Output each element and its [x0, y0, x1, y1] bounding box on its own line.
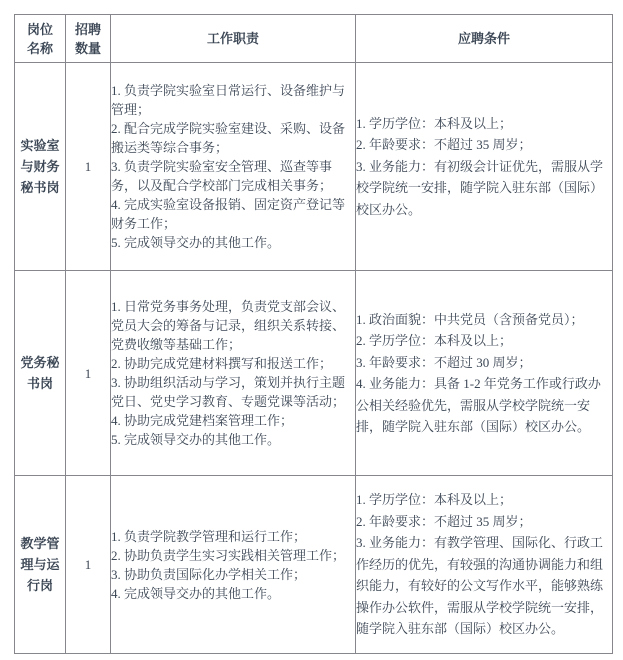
duty-item: 3. 负责学院实验室安全管理、巡查等事务，以及配合学校部门完成相关事务；: [111, 157, 355, 195]
duties-cell: 1. 负责学院教学管理和运行工作；2. 协助负责学生实习实践相关管理工作；3. …: [111, 476, 356, 654]
duty-item: 1. 负责学院实验室日常运行、设备维护与管理；: [111, 81, 355, 119]
duties-list: 1. 负责学院教学管理和运行工作；2. 协助负责学生实习实践相关管理工作；3. …: [111, 527, 355, 603]
position-name-cell: 实验室 与财务 秘书岗: [15, 63, 66, 271]
quantity-cell: 1: [66, 476, 111, 654]
col-header-position-name: 岗位 名称: [15, 15, 66, 63]
duty-item: 4. 完成领导交办的其他工作。: [111, 584, 355, 603]
conditions-cell: 1. 政治面貌：中共党员（含预备党员）；2. 学历学位：本科及以上；3. 年龄要…: [356, 271, 613, 476]
condition-item: 3. 业务能力：有初级会计证优先，需服从学校学院统一安排，随学院入驻东部（国际）…: [356, 156, 612, 221]
duty-item: 3. 协助组织活动与学习，策划并执行主题党日、党史学习教育、专题党课等活动； 4…: [111, 373, 355, 430]
quantity-cell: 1: [66, 271, 111, 476]
duties-cell: 1. 负责学院实验室日常运行、设备维护与管理；2. 配合完成学院实验室建设、采购…: [111, 63, 356, 271]
duty-item: 3. 协助负责国际化办学相关工作；: [111, 565, 355, 584]
condition-item: 3. 业务能力：有教学管理、国际化、行政工作经历的优先，有较强的沟通协调能力和组…: [356, 532, 612, 640]
condition-item: 2. 年龄要求：不超过 35 周岁；: [356, 511, 612, 533]
duty-item: 1. 负责学院教学管理和运行工作；: [111, 527, 355, 546]
duty-item: 5. 完成领导交办的其他工作。: [111, 233, 355, 252]
table-row-teaching-management-operation: 教学管 理与运 行岗 1 1. 负责学院教学管理和运行工作；2. 协助负责学生实…: [15, 476, 613, 654]
col-header-job-duties: 工作职责: [111, 15, 356, 63]
condition-item: 1. 政治面貌：中共党员（含预备党员）；: [356, 309, 612, 331]
col-header-application-conditions: 应聘条件: [356, 15, 613, 63]
condition-item: 4. 业务能力：具备 1-2 年党务工作或行政办公相关经验优先，需服从学校学院统…: [356, 373, 612, 438]
duty-item: 1. 日常党务事务处理，负责党支部会议、党员大会的筹备与记录，组织关系转接、党费…: [111, 297, 355, 354]
position-name-cell: 教学管 理与运 行岗: [15, 476, 66, 654]
recruitment-table: 岗位 名称 招聘 数量 工作职责 应聘条件 实验室 与财务 秘书岗 1 1. 负…: [14, 14, 613, 654]
conditions-list: 1. 政治面貌：中共党员（含预备党员）；2. 学历学位：本科及以上；3. 年龄要…: [356, 309, 612, 438]
quantity-cell: 1: [66, 63, 111, 271]
duties-list: 1. 负责学院实验室日常运行、设备维护与管理；2. 配合完成学院实验室建设、采购…: [111, 81, 355, 252]
duties-cell: 1. 日常党务事务处理，负责党支部会议、党员大会的筹备与记录，组织关系转接、党费…: [111, 271, 356, 476]
position-name-cell: 党务秘 书岗: [15, 271, 66, 476]
duty-item: 2. 配合完成学院实验室建设、采购、设备搬运类等综合事务；: [111, 119, 355, 157]
conditions-cell: 1. 学历学位：本科及以上；2. 年龄要求：不超过 35 周岁；3. 业务能力：…: [356, 63, 613, 271]
duty-item: 5. 完成领导交办的其他工作。: [111, 430, 355, 449]
duty-item: 4. 完成实验室设备报销、固定资产登记等财务工作；: [111, 195, 355, 233]
condition-item: 3. 年龄要求：不超过 30 周岁；: [356, 352, 612, 374]
condition-item: 2. 年龄要求：不超过 35 周岁；: [356, 134, 612, 156]
duty-item: 2. 协助负责学生实习实践相关管理工作；: [111, 546, 355, 565]
condition-item: 1. 学历学位：本科及以上；: [356, 489, 612, 511]
condition-item: 1. 学历学位：本科及以上；: [356, 113, 612, 135]
duty-item: 2. 协助完成党建材料撰写和报送工作；: [111, 354, 355, 373]
conditions-list: 1. 学历学位：本科及以上；2. 年龄要求：不超过 35 周岁；3. 业务能力：…: [356, 113, 612, 221]
condition-item: 2. 学历学位：本科及以上；: [356, 330, 612, 352]
conditions-cell: 1. 学历学位：本科及以上；2. 年龄要求：不超过 35 周岁；3. 业务能力：…: [356, 476, 613, 654]
header-row: 岗位 名称 招聘 数量 工作职责 应聘条件: [15, 15, 613, 63]
recruitment-notice-page: 岗位 名称 招聘 数量 工作职责 应聘条件 实验室 与财务 秘书岗 1 1. 负…: [0, 0, 623, 660]
table-row-lab-finance-secretary: 实验室 与财务 秘书岗 1 1. 负责学院实验室日常运行、设备维护与管理；2. …: [15, 63, 613, 271]
duties-list: 1. 日常党务事务处理，负责党支部会议、党员大会的筹备与记录，组织关系转接、党费…: [111, 297, 355, 449]
col-header-recruit-quantity: 招聘 数量: [66, 15, 111, 63]
table-row-party-affairs-secretary: 党务秘 书岗 1 1. 日常党务事务处理，负责党支部会议、党员大会的筹备与记录，…: [15, 271, 613, 476]
conditions-list: 1. 学历学位：本科及以上；2. 年龄要求：不超过 35 周岁；3. 业务能力：…: [356, 489, 612, 640]
